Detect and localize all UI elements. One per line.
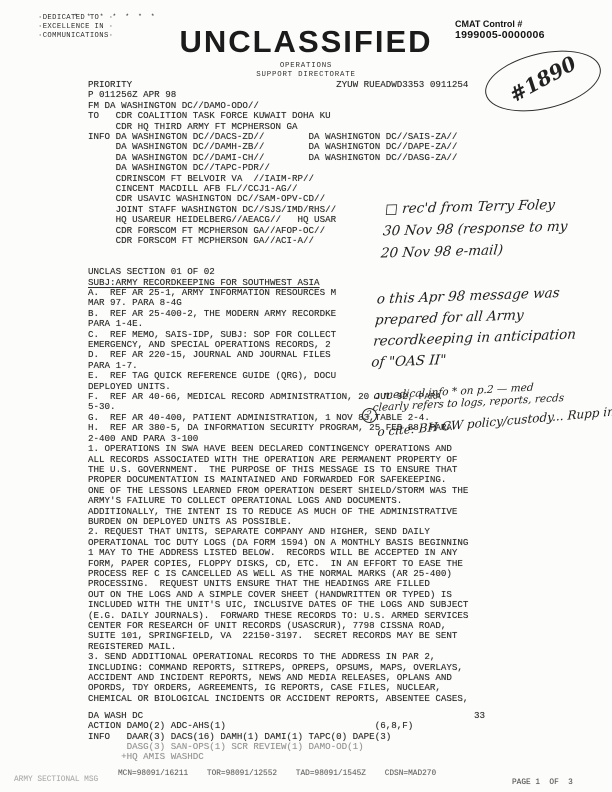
- directorate-label: OPERATIONS SUPPORT DIRECTORATE: [256, 62, 355, 79]
- distribution-block: DA WASH DC 33 ACTION DAMO(2) ADC-AHS(1) …: [88, 711, 485, 742]
- page-indicator: PAGE 1 OF 3: [512, 778, 573, 788]
- document-page: * * * * * * * ·DEDICATED TO · ·EXCELLENC…: [0, 0, 612, 792]
- margin-note-received: □ rec'd from Terry Foley 30 Nov 98 (resp…: [380, 193, 571, 264]
- cmat-control-number: 1999005-0000006: [455, 29, 545, 41]
- control-number-stamp: #1890: [479, 40, 607, 121]
- distribution-faint-block: DASG(3) SAN-OPS(1) SCR REVIEW(1) DAMO-OD…: [88, 742, 364, 763]
- classification-banner: UNCLASSIFIED: [179, 24, 432, 60]
- cmat-control-label: CMAT Control #: [455, 19, 545, 29]
- stamp-number: #1890: [505, 51, 580, 107]
- sectional-label: ARMY SECTIONAL MSG: [14, 775, 98, 785]
- trace-line: MCN=98091/16211 TOR=98091/12552 TAD=9809…: [118, 769, 436, 779]
- margin-note-purpose: o this Apr 98 message was prepared for a…: [370, 282, 580, 373]
- dedication-text: ·DEDICATED TO · ·EXCELLENCE IN · ·COMMUN…: [38, 14, 113, 40]
- cmat-control-block: CMAT Control # 1999005-0000006: [455, 19, 545, 41]
